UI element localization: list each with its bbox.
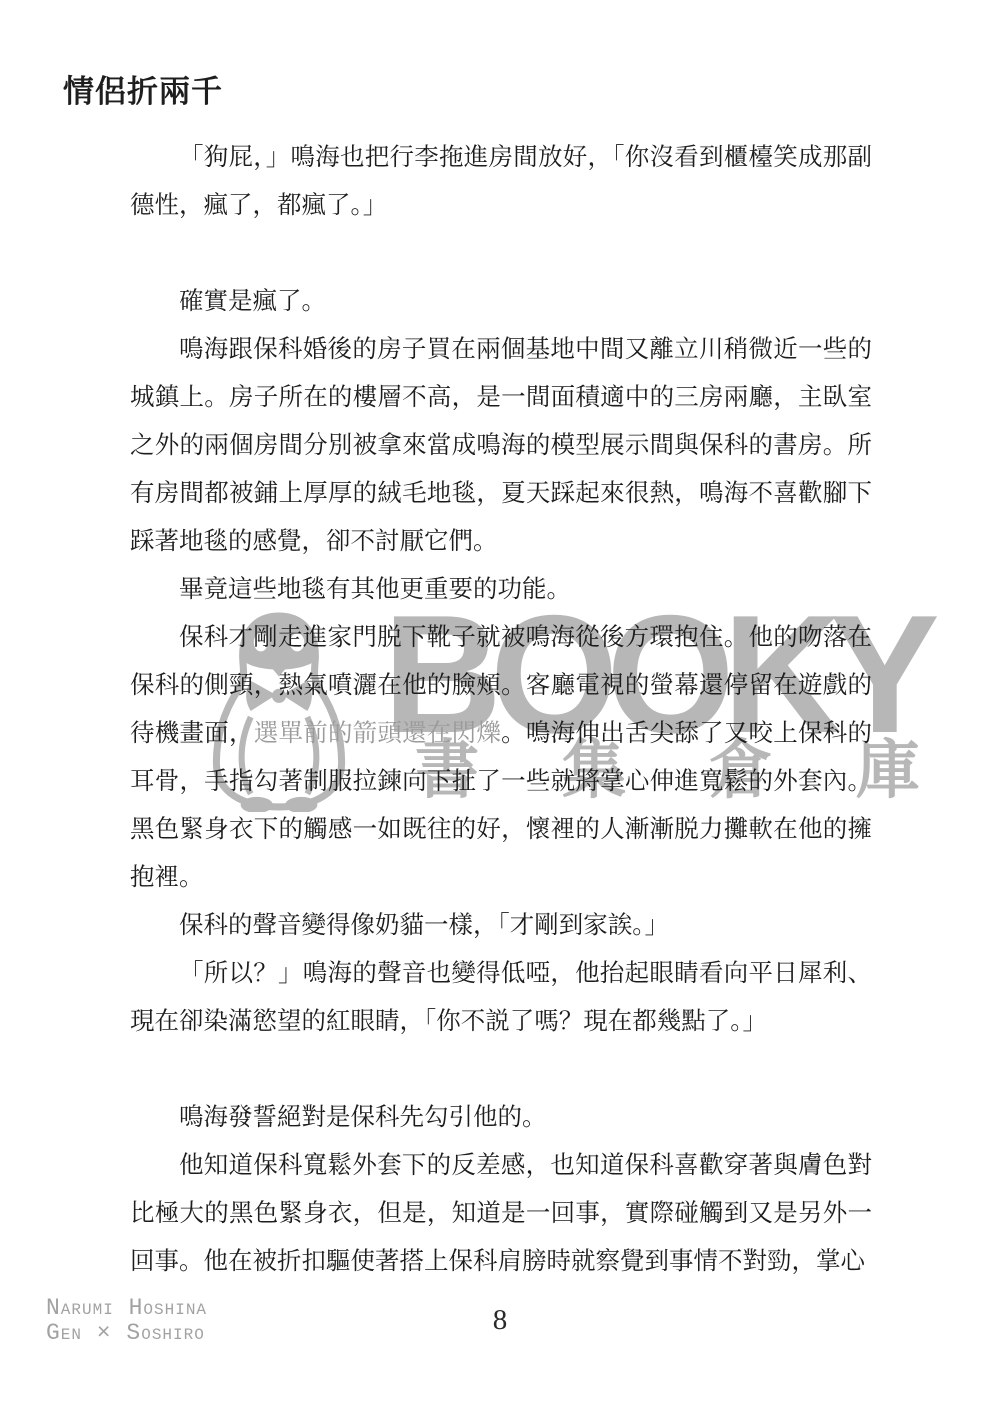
paragraph: 「所以？」鳴海的聲音也變得低啞，他抬起眼睛看向平日犀利、現在卻染滿慾望的紅眼睛，…: [130, 950, 872, 1046]
paragraph: 保科的聲音變得像奶貓一樣，「才剛到家誒。」: [130, 902, 872, 950]
body-text: 「狗屁，」鳴海也把行李拖進房間放好，「你沒看到櫃檯笑成那副德性，瘋了，都瘋了。」…: [130, 134, 872, 1286]
paragraph: 鳴海發誓絕對是保科先勾引他的。: [130, 1094, 872, 1142]
paragraph: 鳴海跟保科婚後的房子買在兩個基地中間又離立川稍微近一些的城鎮上。房子所在的樓層不…: [130, 326, 872, 566]
document-page: BOOKY 書集倉庫 情侶折兩千 「狗屁，」鳴海也把行李拖進房間放好，「你沒看到…: [0, 0, 1000, 1403]
paragraph: 「狗屁，」鳴海也把行李拖進房間放好，「你沒看到櫃檯笑成那副德性，瘋了，都瘋了。」: [130, 134, 872, 230]
page-number: 8: [0, 1304, 1000, 1337]
page-title: 情侶折兩千: [63, 66, 223, 111]
paragraph: 確實是瘋了。: [130, 278, 872, 326]
paragraph: 保科才剛走進家門脱下靴子就被鳴海從後方環抱住。他的吻落在保科的側頸，熱氣噴灑在他…: [130, 614, 872, 902]
muted-text: 選單前的箭頭還在閃爍: [254, 720, 501, 747]
paragraph: 他知道保科寬鬆外套下的反差感，也知道保科喜歡穿著與膚色對比極大的黑色緊身衣，但是…: [130, 1142, 872, 1286]
paragraph: 畢竟這些地毯有其他更重要的功能。: [130, 566, 872, 614]
